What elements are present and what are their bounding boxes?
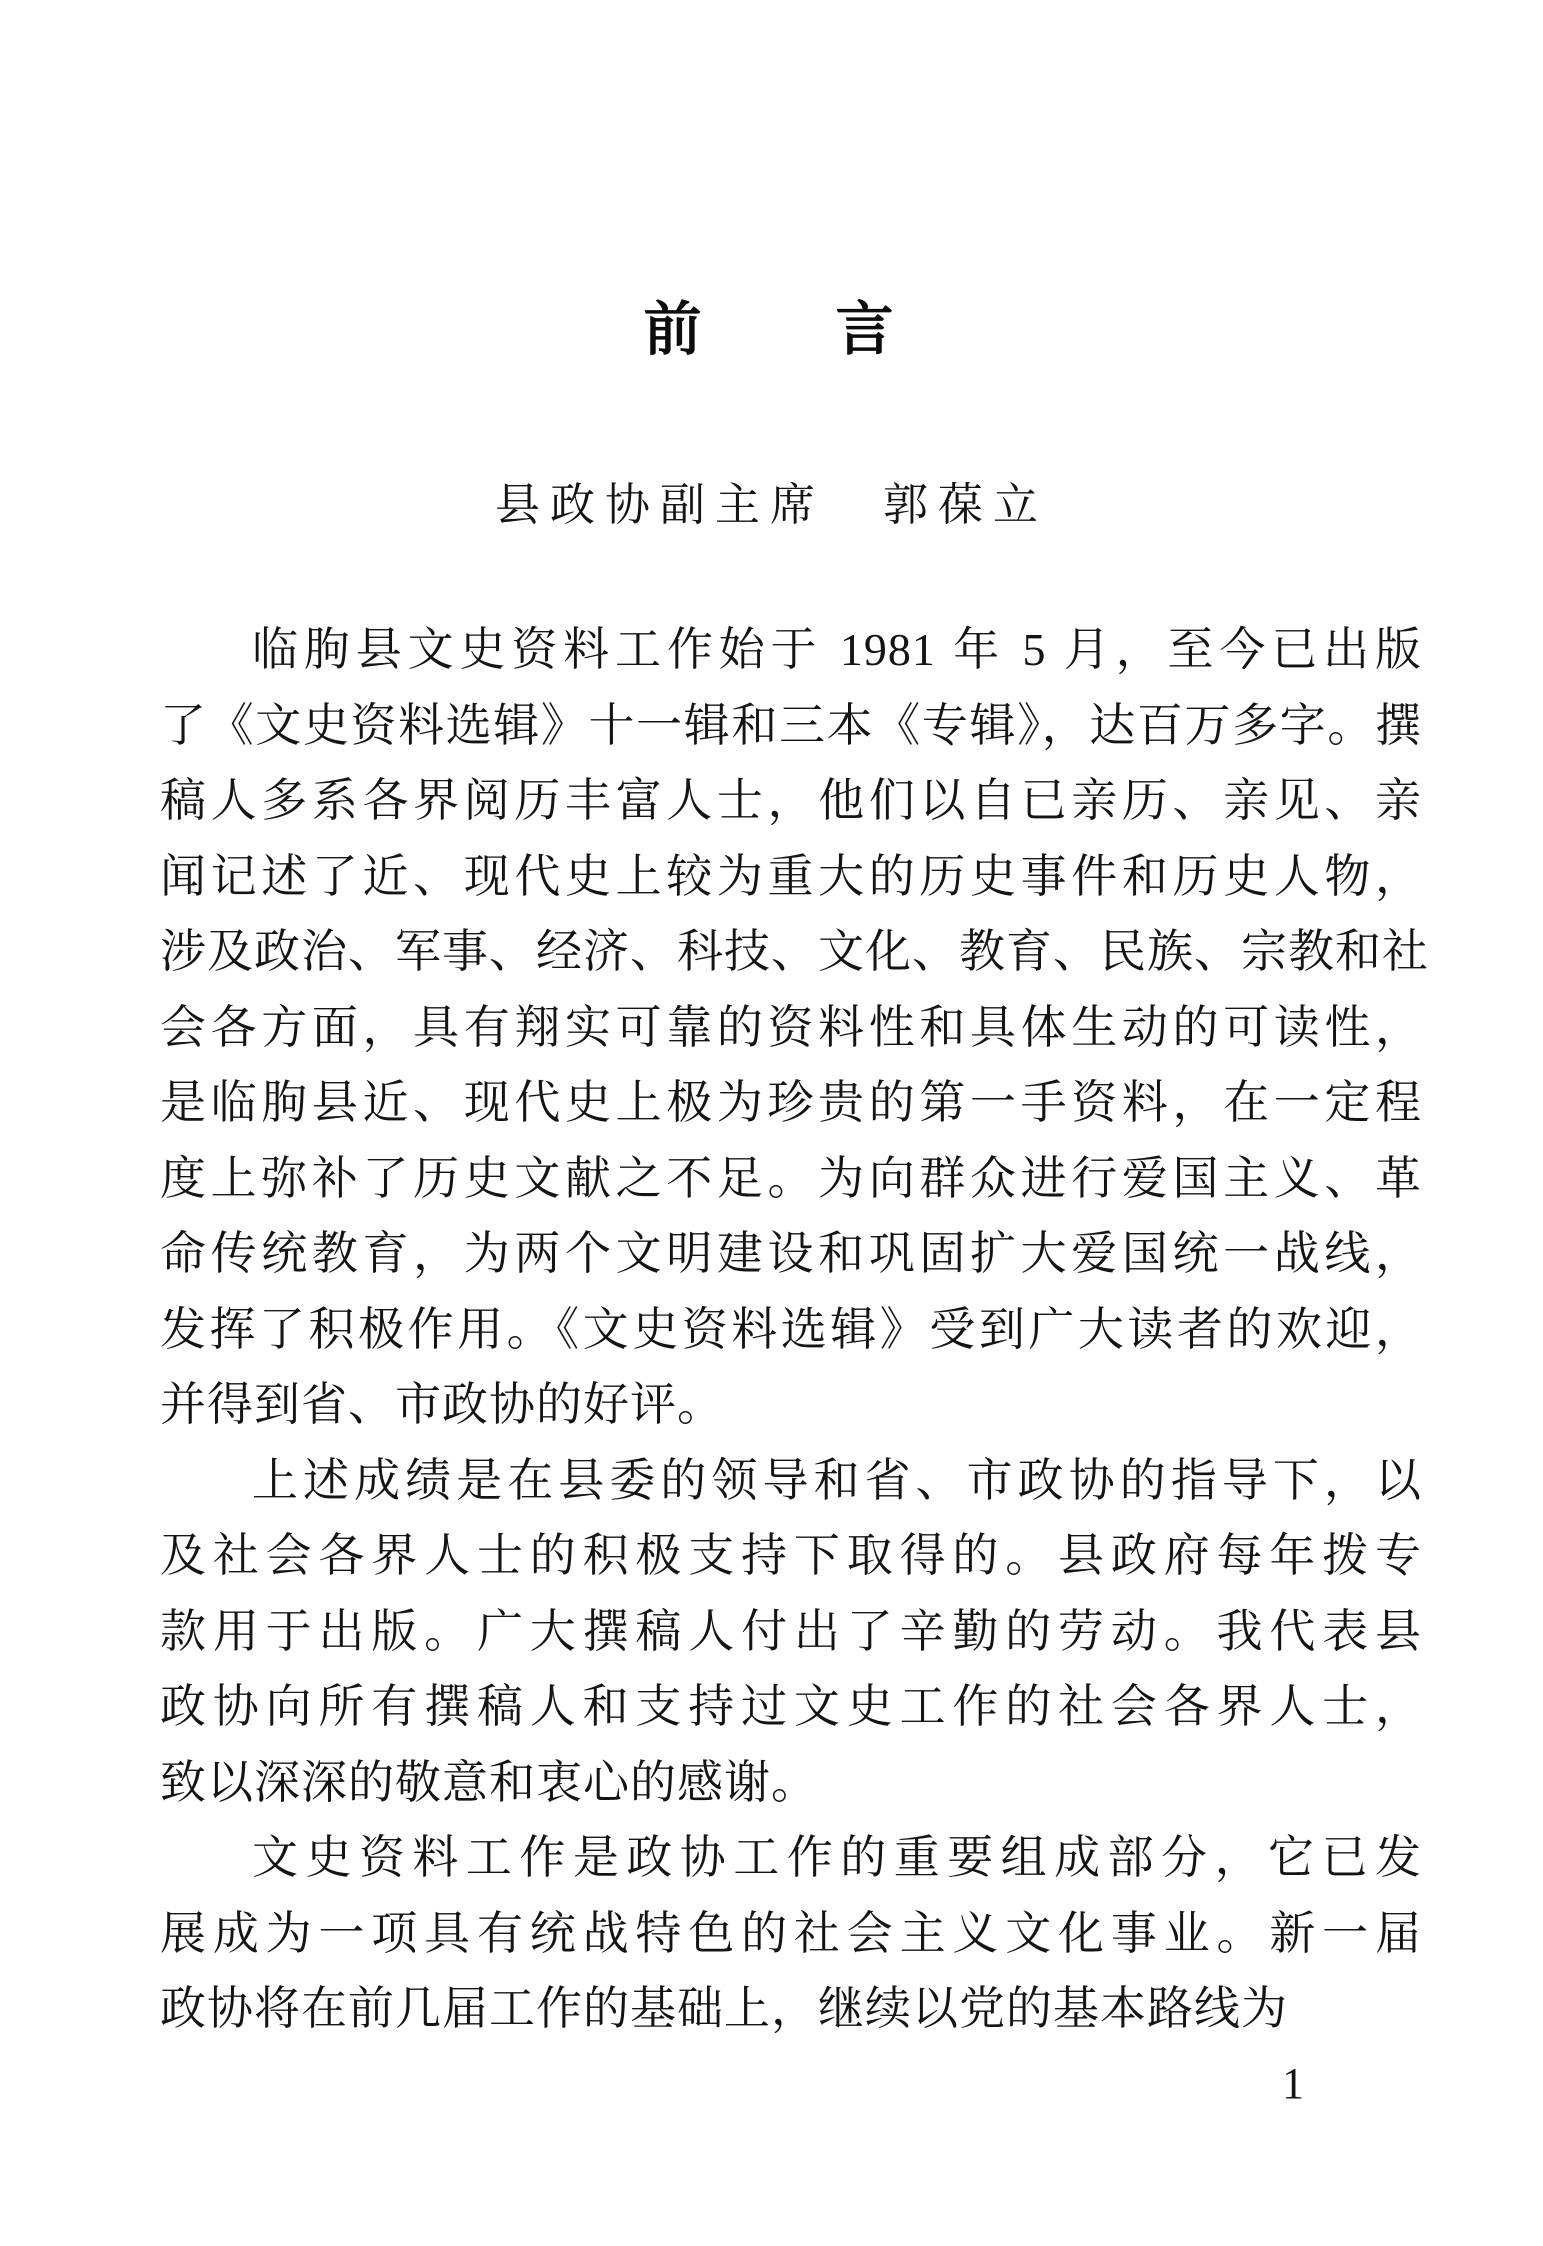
body-line: 闻记述了近、现代史上较为重大的历史事件和历史人物， <box>160 839 1422 915</box>
body-line: 致以深深的敬意和衷心的感谢。 <box>160 1745 1422 1821</box>
body-line: 度上弥补了历史文献之不足。为向群众进行爱国主义、革 <box>160 1141 1422 1217</box>
byline: 县政协副主席郭葆立 <box>0 468 1543 533</box>
scanned-document-page: 前 言 县政协副主席郭葆立 临朐县文史资料工作始于 1981 年 5 月，至今已… <box>0 0 1543 2246</box>
body-line: 会各方面，具有翔实可靠的资料性和具体生动的可读性， <box>160 990 1422 1066</box>
body-line: 及社会各界人士的积极支持下取得的。县政府每年拨专 <box>160 1518 1422 1594</box>
body-line: 涉及政治、军事、经济、科技、文化、教育、民族、宗教和社 <box>160 914 1422 990</box>
body-line: 上述成绩是在县委的领导和省、市政协的指导下，以 <box>160 1443 1422 1519</box>
body-line: 命传统教育，为两个文明建设和巩固扩大爱国统一战线， <box>160 1216 1422 1292</box>
byline-role: 县政协副主席 <box>495 480 825 530</box>
document-body: 临朐县文史资料工作始于 1981 年 5 月，至今已出版了《文史资料选辑》十一辑… <box>160 612 1422 2047</box>
body-line: 并得到省、市政协的好评。 <box>160 1367 1422 1443</box>
body-line: 政协向所有撰稿人和支持过文史工作的社会各界人士， <box>160 1669 1422 1745</box>
page-number: 1 <box>1282 2058 1304 2109</box>
body-line: 展成为一项具有统战特色的社会主义文化事业。新一届 <box>160 1896 1422 1972</box>
body-line: 文史资料工作是政协工作的重要组成部分，它已发 <box>160 1820 1422 1896</box>
body-line: 政协将在前几届工作的基础上，继续以党的基本路线为 <box>160 1971 1422 2047</box>
body-line: 了《文史资料选辑》十一辑和三本《专辑》，达百万多字。撰 <box>160 688 1422 764</box>
body-line: 稿人多系各界阅历丰富人士，他们以自已亲历、亲见、亲 <box>160 763 1422 839</box>
body-line: 款用于出版。广大撰稿人付出了辛勤的劳动。我代表县 <box>160 1594 1422 1670</box>
body-line: 临朐县文史资料工作始于 1981 年 5 月，至今已出版 <box>160 612 1422 688</box>
body-line: 发挥了积极作用。《文史资料选辑》受到广大读者的欢迎， <box>160 1292 1422 1368</box>
body-line: 是临朐县近、现代史上极为珍贵的第一手资料，在一定程 <box>160 1065 1422 1141</box>
byline-author-name: 郭葆立 <box>883 480 1048 530</box>
page-title: 前 言 <box>0 282 1543 366</box>
